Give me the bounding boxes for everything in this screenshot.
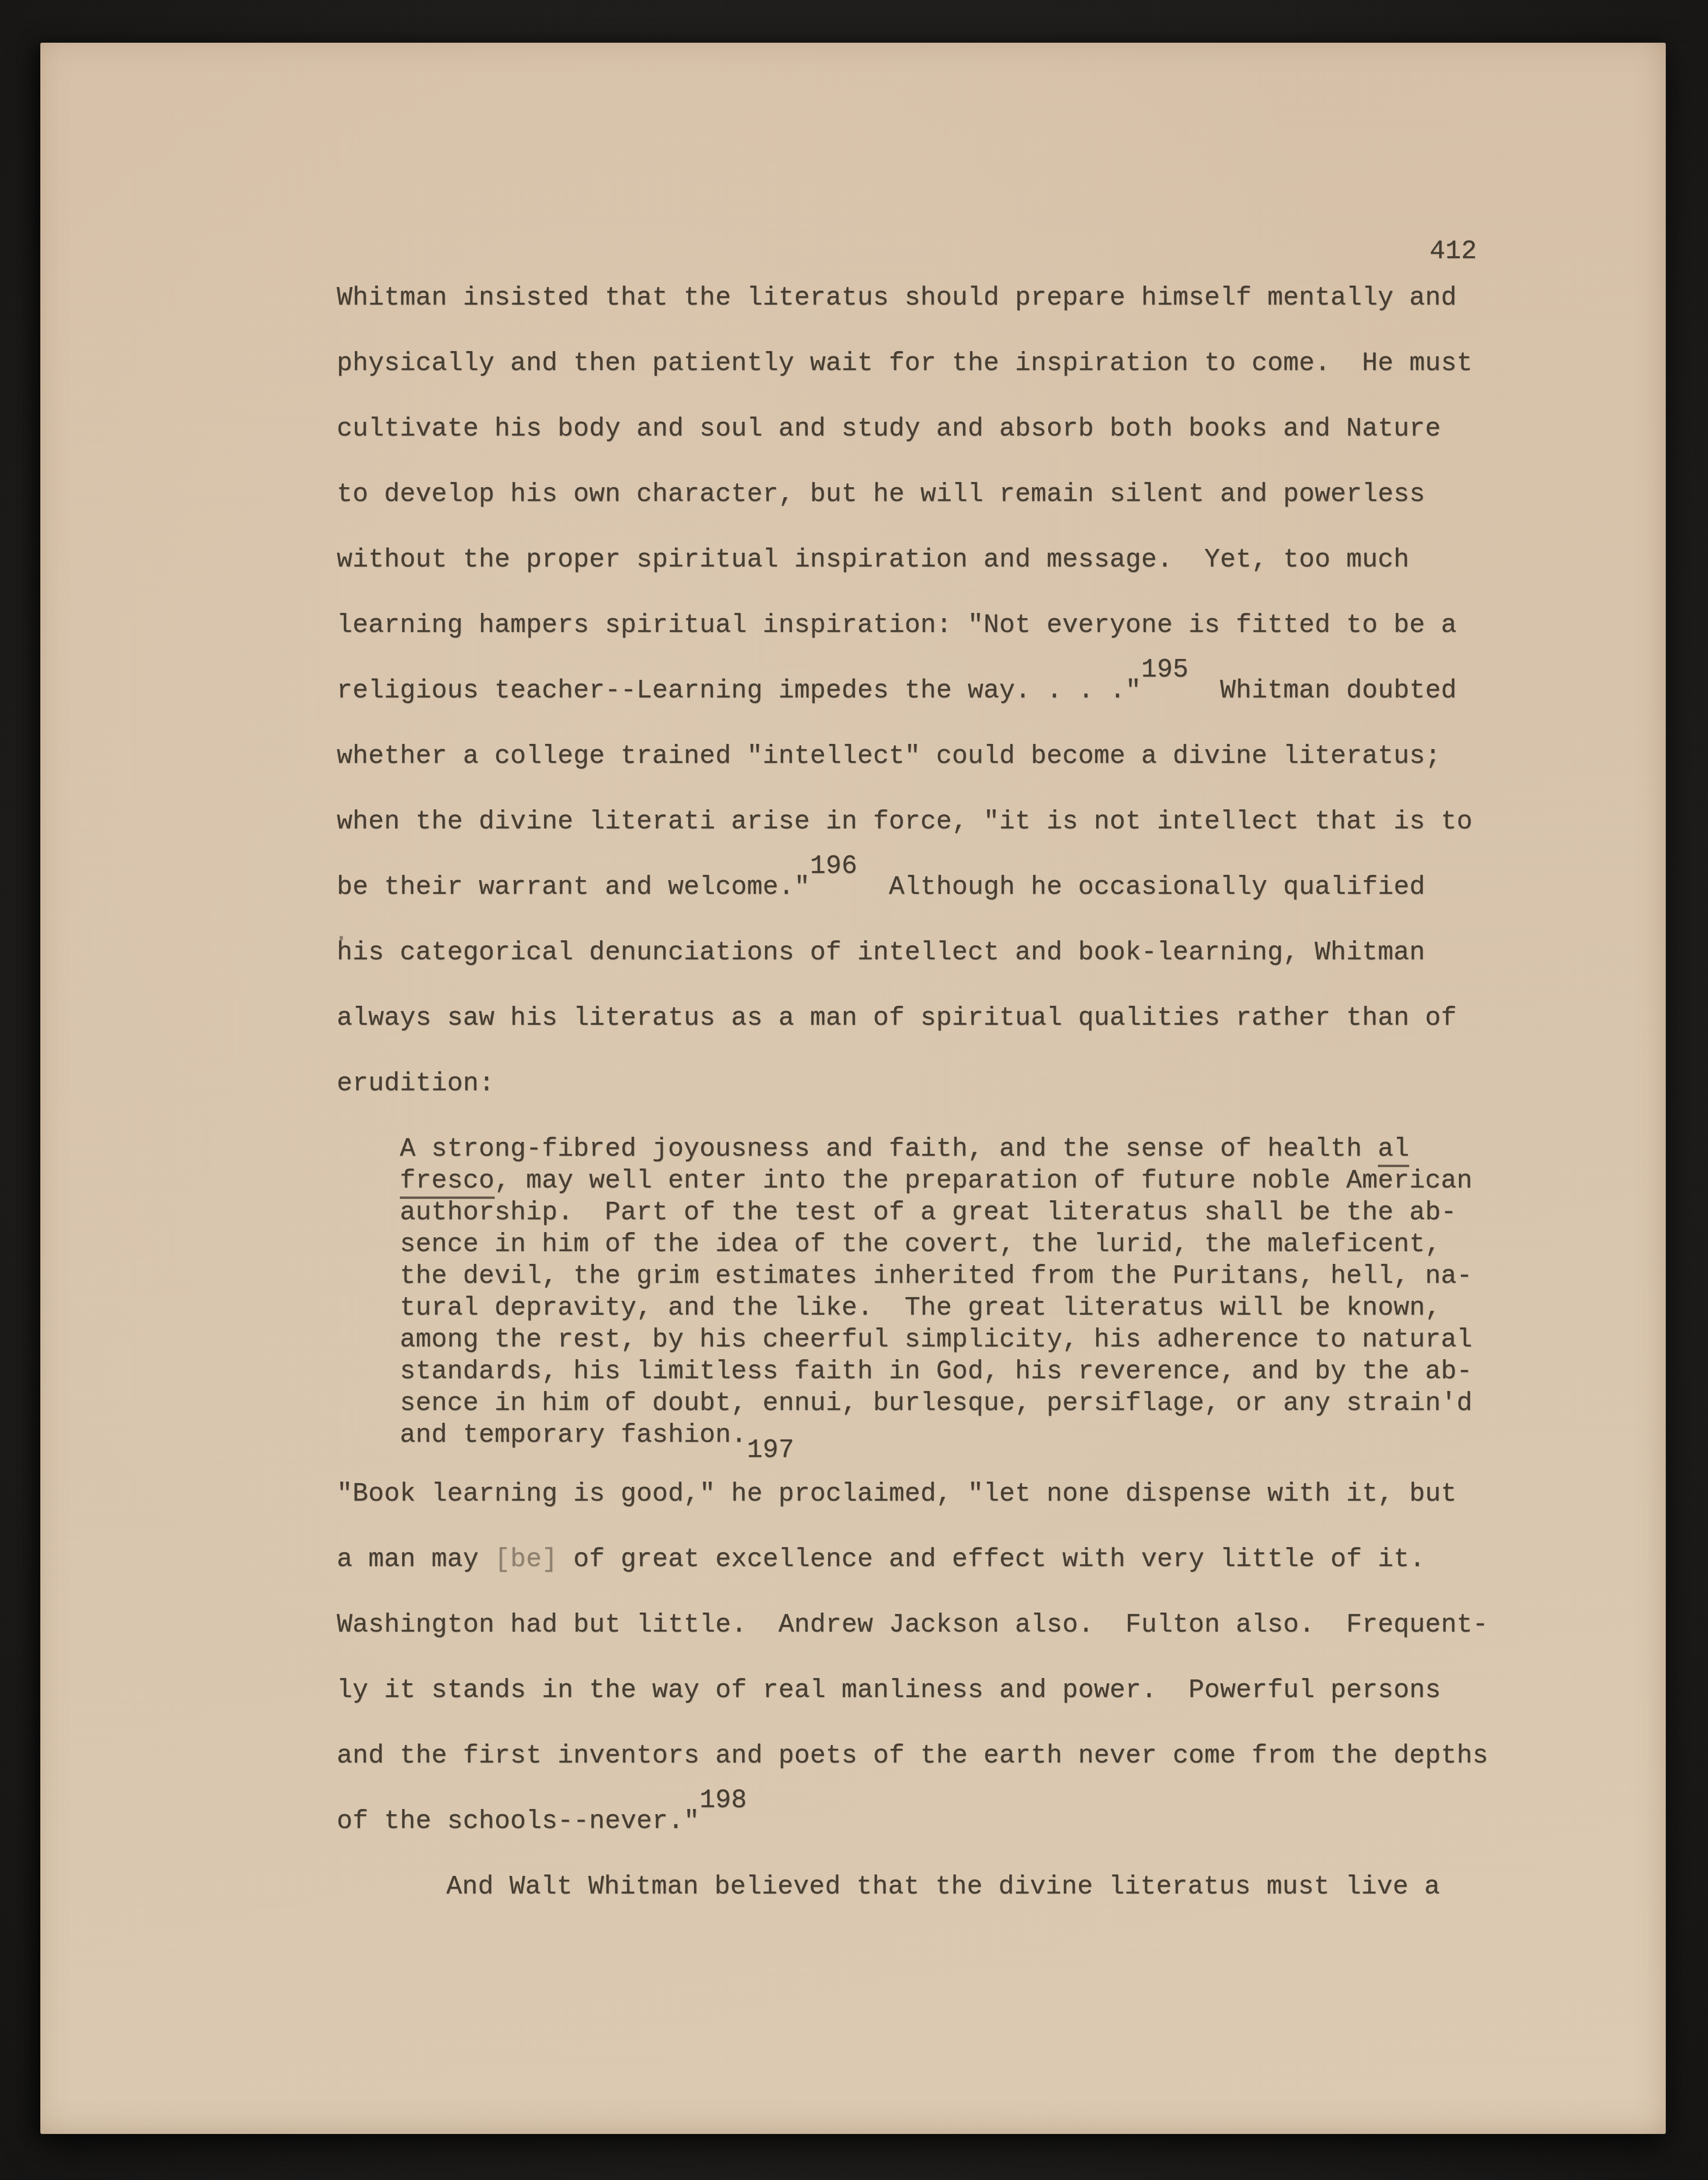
text-segment: standards, his limitless faith in God, h… bbox=[400, 1356, 1472, 1386]
text-segment: the devil, the grim estimates inherited … bbox=[400, 1261, 1472, 1291]
text-line: sence in him of the idea of the covert, … bbox=[400, 1229, 1489, 1261]
text-segment: whether a college trained "intellect" co… bbox=[337, 741, 1441, 771]
text-line: standards, his limitless faith in God, h… bbox=[400, 1356, 1489, 1388]
opening-paragraph: Whitman insisted that the literatus shou… bbox=[337, 283, 1489, 1134]
text-line: when the divine literati arise in force,… bbox=[337, 807, 1489, 872]
text-segment: erudition: bbox=[337, 1068, 495, 1098]
text-line: of the schools--never."198 bbox=[337, 1806, 1489, 1872]
text-line: authorship. Part of the test of a great … bbox=[400, 1197, 1489, 1229]
closing-paragraph: "Book learning is good," he proclaimed, … bbox=[337, 1479, 1489, 1937]
text-line: And Walt Whitman believed that the divin… bbox=[337, 1872, 1489, 1937]
text-segment: Washington had but little. Andrew Jackso… bbox=[337, 1610, 1488, 1640]
text-segment: Although he occasionally qualified bbox=[857, 872, 1425, 902]
text-line: fresco, may well enter into the preparat… bbox=[400, 1166, 1489, 1197]
bracketed-insertion: [be] bbox=[495, 1544, 558, 1574]
text-segment: tural depravity, and the like. The great… bbox=[400, 1293, 1441, 1323]
text-line: learning hampers spiritual inspiration: … bbox=[337, 610, 1489, 676]
text-line: to develop his own character, but he wil… bbox=[337, 479, 1489, 545]
footnote-reference: 197 bbox=[747, 1435, 794, 1465]
text-line: "Book learning is good," he proclaimed, … bbox=[337, 1479, 1489, 1544]
text-segment: among the rest, by his cheerful simplici… bbox=[400, 1325, 1472, 1354]
text-line: among the rest, by his cheerful simplici… bbox=[400, 1325, 1489, 1356]
text-segment: Whitman doubted bbox=[1189, 676, 1457, 705]
text-line: his categorical denunciations of intelle… bbox=[337, 937, 1489, 1003]
text-line: cultivate his body and soul and study an… bbox=[337, 414, 1489, 479]
text-segment: A strong-fibred joyousness and faith, an… bbox=[400, 1134, 1378, 1164]
text-segment: physically and then patiently wait for t… bbox=[337, 348, 1472, 378]
underlined-word: al bbox=[1378, 1134, 1410, 1167]
text-line: be their warrant and welcome."196 Althou… bbox=[337, 872, 1489, 937]
text-line: always saw his literatus as a man of spi… bbox=[337, 1003, 1489, 1068]
text-line: physically and then patiently wait for t… bbox=[337, 348, 1489, 414]
block-quote: A strong-fibred joyousness and faith, an… bbox=[337, 1134, 1489, 1452]
text-segment: learning hampers spiritual inspiration: … bbox=[337, 610, 1457, 640]
text-segment: , may well enter into the preparation of… bbox=[495, 1166, 1473, 1196]
text-line: A strong-fibred joyousness and faith, an… bbox=[400, 1134, 1489, 1166]
scan-background: 412 . Whitman insisted that the literatu… bbox=[0, 0, 1708, 2180]
text-line: erudition: bbox=[337, 1068, 1489, 1134]
text-line: Whitman insisted that the literatus shou… bbox=[337, 283, 1489, 348]
text-line: religious teacher--Learning impedes the … bbox=[337, 676, 1489, 741]
text-segment: of great excellence and effect with very… bbox=[558, 1544, 1425, 1574]
underlined-word: fresco bbox=[400, 1166, 495, 1199]
text-segment: a man may bbox=[337, 1544, 495, 1574]
text-segment: sence in him of the idea of the covert, … bbox=[400, 1229, 1441, 1259]
text-segment: cultivate his body and soul and study an… bbox=[337, 414, 1441, 444]
text-segment: ly it stands in the way of real manlines… bbox=[337, 1675, 1441, 1705]
text-segment: always saw his literatus as a man of spi… bbox=[337, 1003, 1457, 1033]
text-line: whether a college trained "intellect" co… bbox=[337, 741, 1489, 807]
text-segment: to develop his own character, but he wil… bbox=[337, 479, 1425, 509]
text-segment: And Walt Whitman believed that the divin… bbox=[446, 1872, 1440, 1902]
text-segment: religious teacher--Learning impedes the … bbox=[337, 676, 1141, 705]
text-segment: be their warrant and welcome." bbox=[337, 872, 810, 902]
text-segment: sence in him of doubt, ennui, burlesque,… bbox=[400, 1388, 1472, 1418]
text-segment: when the divine literati arise in force,… bbox=[337, 807, 1472, 836]
text-segment: and temporary fashion. bbox=[400, 1420, 747, 1450]
footnote-reference: 198 bbox=[700, 1785, 747, 1815]
text-line: and the first inventors and poets of the… bbox=[337, 1741, 1489, 1806]
text-segment: "Book learning is good," he proclaimed, … bbox=[337, 1479, 1457, 1509]
text-line: ly it stands in the way of real manlines… bbox=[337, 1675, 1489, 1741]
text-segment: without the proper spiritual inspiration… bbox=[337, 545, 1409, 575]
page-number: 412 bbox=[1430, 236, 1477, 266]
text-segment: of the schools--never." bbox=[337, 1806, 700, 1836]
manuscript-page: 412 . Whitman insisted that the literatu… bbox=[40, 43, 1666, 2134]
text-line: without the proper spiritual inspiration… bbox=[337, 545, 1489, 610]
text-segment: Whitman insisted that the literatus shou… bbox=[337, 283, 1457, 313]
text-line: a man may [be] of great excellence and e… bbox=[337, 1544, 1489, 1610]
text-line: tural depravity, and the like. The great… bbox=[400, 1293, 1489, 1325]
text-line: sence in him of doubt, ennui, burlesque,… bbox=[400, 1388, 1489, 1420]
footnote-reference: 195 bbox=[1141, 655, 1189, 685]
text-segment: and the first inventors and poets of the… bbox=[337, 1741, 1488, 1771]
text-segment: his categorical denunciations of intelle… bbox=[337, 937, 1425, 967]
text-line: the devil, the grim estimates inherited … bbox=[400, 1261, 1489, 1293]
text-line: Washington had but little. Andrew Jackso… bbox=[337, 1610, 1489, 1675]
typewritten-text: Whitman insisted that the literatus shou… bbox=[337, 283, 1489, 1937]
text-line: and temporary fashion.197 bbox=[400, 1420, 1489, 1452]
footnote-reference: 196 bbox=[810, 851, 858, 881]
text-segment: authorship. Part of the test of a great … bbox=[400, 1197, 1457, 1227]
